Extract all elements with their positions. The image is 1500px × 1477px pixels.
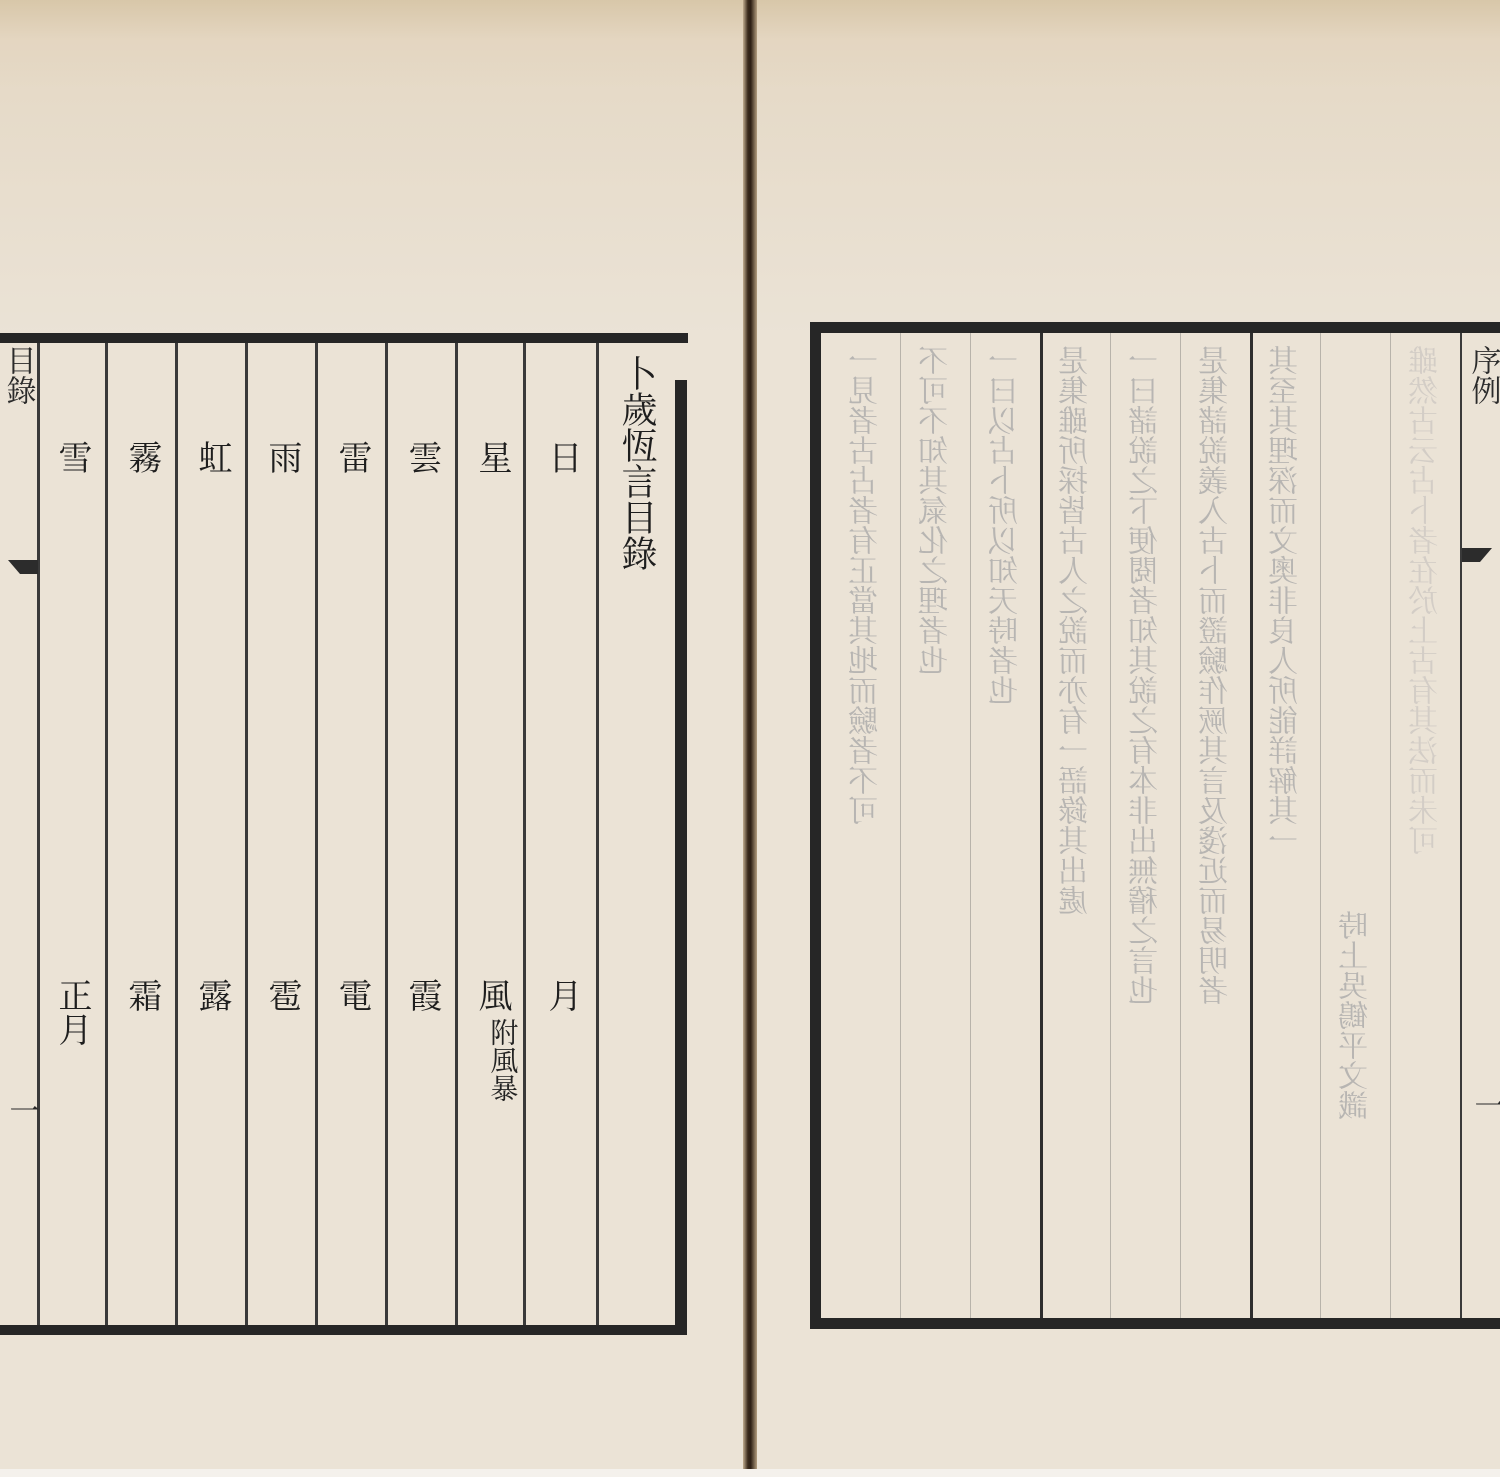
column-rule [523,343,526,1325]
show-through-column: 一曰諸說之下便閱者知其說之有本非出無稽之言也 [1130,345,1164,1005]
column-rule [1460,333,1462,1318]
toc-entry-moon: 月 [545,978,579,1012]
toc-entry-rainbow: 虹 [195,440,229,474]
column-rule [105,343,108,1325]
toc-entry-star: 星 [475,440,509,474]
column-rule [385,343,388,1325]
toc-entry-lightning: 電 [335,978,369,1012]
column-rule [175,343,178,1325]
frame-left-rule [810,322,821,1329]
toc-entry-thunder: 雷 [335,440,369,474]
scan-bottom-edge [0,1469,1500,1477]
show-through-column: 是集雖所採皆古人之說而亦有一語錄其出處 [1060,345,1094,915]
toc-entry-dew: 露 [195,978,229,1012]
faint-column-rule [1390,333,1391,1318]
frame-right-rule [675,380,687,1335]
column-rule [315,343,318,1325]
toc-entry-rain: 雨 [265,440,299,474]
show-through-column: 一曰以占卜所以知天時者也 [990,345,1024,705]
frame-bottom-rule [0,1325,682,1335]
left-edge-label: 目錄 [2,345,34,405]
faint-column-rule [1110,333,1111,1318]
faint-column-rule [1320,333,1321,1318]
show-through-column: 一見者古占者有正當其地而驗者不可 [850,345,884,825]
book-spine-gutter [743,0,757,1477]
column-rule [1040,333,1043,1318]
toc-entry-snow: 雪 [55,440,89,474]
toc-entry-fog: 霧 [125,440,159,474]
column-rule [455,343,458,1325]
left-edge-folio: 一 [5,1095,37,1125]
toc-entry-rosy-clouds: 霞 [405,978,439,1012]
faint-column-rule [900,333,901,1318]
frame-top-rule [0,333,688,343]
show-through-column: 其至其理深而文奧非良人所能詳解其一 [1270,345,1304,855]
toc-entry-first-month: 正月 [55,978,89,1046]
faint-column-rule [1180,333,1181,1318]
right-edge-folio: 一 [1470,1090,1500,1120]
toc-entry-hail: 雹 [265,978,299,1012]
frame-top-rule [810,322,1500,333]
show-through-signature: 時上吳鶴平文識 [1340,910,1374,1120]
column-rule [37,343,40,1325]
water-stain [755,0,1500,90]
toc-entry-wind: 風 [475,978,509,1012]
faint-column-rule [970,333,971,1318]
show-through-column: 是集諸說義入古卜而證驗作厥其言及淺近而易明者 [1200,345,1234,1005]
show-through-column: 不可不知其氣化之理者也 [920,345,954,675]
right-edge-label: 序例 [1467,345,1499,405]
column-rule [1250,333,1253,1318]
toc-entry-wind-note: 附風暴 [488,1018,517,1102]
left-page [0,0,745,1477]
frame-bottom-rule [810,1318,1500,1329]
toc-entry-sun: 日 [545,440,579,474]
toc-entry-frost: 霜 [125,978,159,1012]
toc-title: 卜歲恆言目錄 [618,355,654,571]
show-through-column: 雖然古云占卜者在於上古有其法而未可 [1410,345,1444,855]
water-stain [0,0,745,90]
column-rule [596,343,599,1325]
column-rule [245,343,248,1325]
toc-entry-cloud: 雲 [405,440,439,474]
